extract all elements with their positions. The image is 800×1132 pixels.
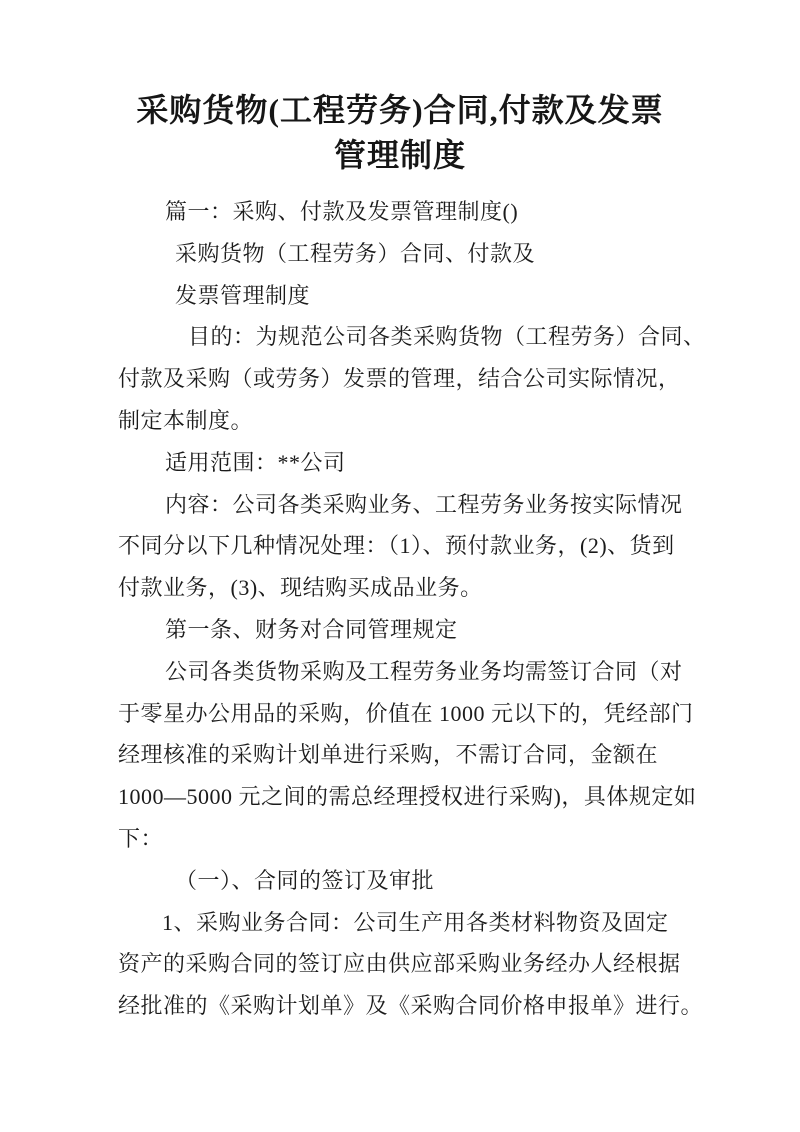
document-page: 采购货物(工程劳务)合同,付款及发票 管理制度 篇一：采购、付款及发票管理制度(… [0, 0, 800, 1132]
text-line: 公司各类货物采购及工程劳务业务均需签订合同（对 [118, 651, 710, 693]
text-line: 资产的采购合同的签订应由供应部采购业务经办人经根据 [118, 943, 710, 985]
text-line: 付款业务，(3)、现结购买成品业务。 [118, 567, 710, 609]
text-line: 1、采购业务合同：公司生产用各类材料物资及固定 [118, 902, 710, 944]
text-line: 目的：为规范公司各类采购货物（工程劳务）合同、 [118, 316, 710, 358]
text-line: 不同分以下几种情况处理：（1）、预付款业务，(2)、货到 [118, 525, 710, 567]
document-title-line-2: 管理制度 [0, 133, 800, 178]
text-line: 制定本制度。 [118, 400, 710, 442]
text-line: （一）、合同的签订及审批 [118, 860, 710, 902]
document-title-line-1: 采购货物(工程劳务)合同,付款及发票 [0, 88, 800, 133]
text-line: 经批准的《采购计划单》及《采购合同价格申报单》进行。 [118, 985, 710, 1027]
text-line: 1000—5000 元之间的需总经理授权进行采购)，具体规定如 [118, 776, 710, 818]
text-line: 内容：公司各类采购业务、工程劳务业务按实际情况 [118, 484, 710, 526]
text-line: 于零星办公用品的采购，价值在 1000 元以下的，凭经部门 [118, 693, 710, 735]
text-line: 采购货物（工程劳务）合同、付款及 [118, 233, 710, 275]
text-line: 第一条、财务对合同管理规定 [118, 609, 710, 651]
text-line: 经理核准的采购计划单进行采购，不需订合同，金额在 [118, 734, 710, 776]
document-title: 采购货物(工程劳务)合同,付款及发票 管理制度 [0, 0, 800, 178]
text-line: 篇一：采购、付款及发票管理制度() [118, 191, 710, 233]
document-body: 篇一：采购、付款及发票管理制度() 采购货物（工程劳务）合同、付款及 发票管理制… [118, 191, 710, 1027]
text-line: 付款及采购（或劳务）发票的管理，结合公司实际情况， [118, 358, 710, 400]
text-line: 发票管理制度 [118, 275, 710, 317]
text-line: 适用范围：**公司 [118, 442, 710, 484]
text-line: 下： [118, 818, 710, 860]
